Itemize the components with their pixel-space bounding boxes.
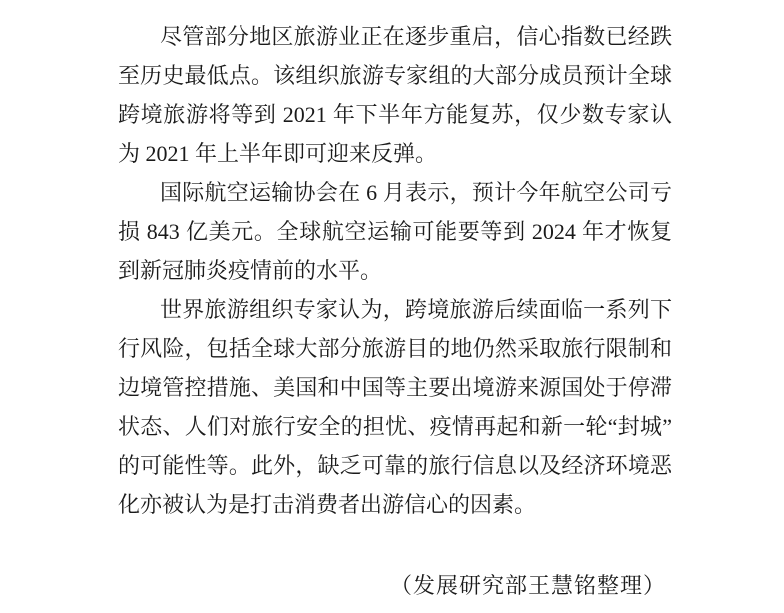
- paragraph-3: 世界旅游组织专家认为，跨境旅游后续面临一系列下 行风险，包括全球大部分旅游目的地…: [118, 290, 672, 524]
- text-line: 跨境旅游将等到 2021 年下半年方能复苏，仅少数专家认: [118, 95, 672, 134]
- paragraph-2: 国际航空运输协会在 6 月表示，预计今年航空公司亏 损 843 亿美元。全球航空…: [118, 173, 672, 290]
- text-line: 为 2021 年上半年即可迎来反弹。: [118, 134, 672, 173]
- text-line: 的可能性等。此外，缺乏可靠的旅行信息以及经济环境恶: [118, 446, 672, 485]
- text-line: 边境管控措施、美国和中国等主要出境游来源国处于停滞: [118, 368, 672, 407]
- paragraph-1: 尽管部分地区旅游业正在逐步重启，信心指数已经跌 至历史最低点。该组织旅游专家组的…: [118, 17, 672, 173]
- text-line: 世界旅游组织专家认为，跨境旅游后续面临一系列下: [118, 290, 672, 329]
- text-line: 到新冠肺炎疫情前的水平。: [118, 251, 672, 290]
- text-line: 损 843 亿美元。全球航空运输可能要等到 2024 年才恢复: [118, 212, 672, 251]
- text-line: 尽管部分地区旅游业正在逐步重启，信心指数已经跌: [118, 17, 672, 56]
- text-line: 国际航空运输协会在 6 月表示，预计今年航空公司亏: [118, 173, 672, 212]
- document-page: 尽管部分地区旅游业正在逐步重启，信心指数已经跌 至历史最低点。该组织旅游专家组的…: [0, 0, 784, 613]
- text-line: 至历史最低点。该组织旅游专家组的大部分成员预计全球: [118, 56, 672, 95]
- text-line: 化亦被认为是打击消费者出游信心的因素。: [118, 485, 672, 524]
- text-line: 状态、人们对旅行安全的担忧、疫情再起和新一轮“封城”: [118, 407, 672, 446]
- document-body: 尽管部分地区旅游业正在逐步重启，信心指数已经跌 至历史最低点。该组织旅游专家组的…: [118, 17, 672, 524]
- text-line: 行风险，包括全球大部分旅游目的地仍然采取旅行限制和: [118, 329, 672, 368]
- attribution-line: （发展研究部王慧铭整理）: [118, 566, 666, 605]
